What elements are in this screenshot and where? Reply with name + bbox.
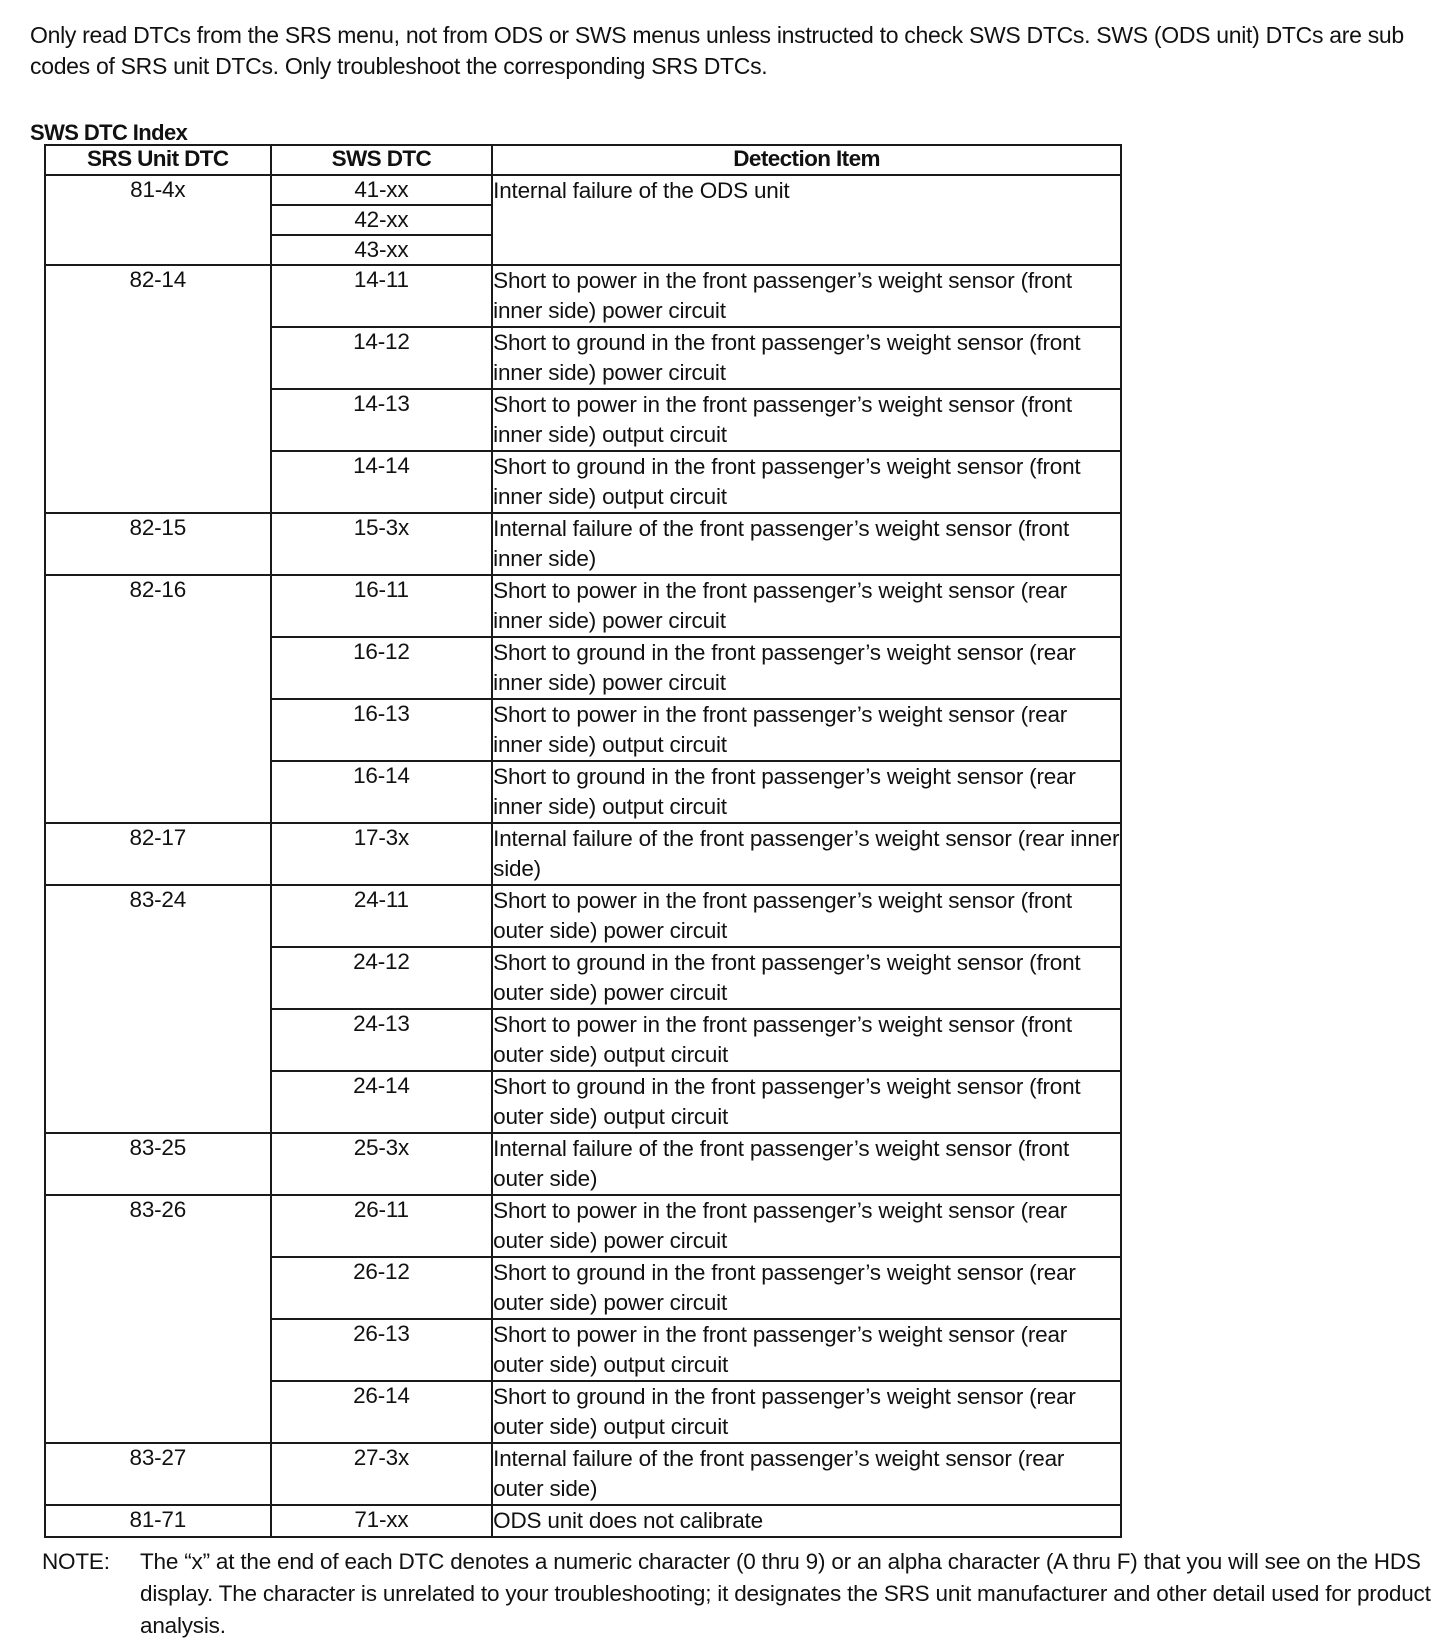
sws-dtc-cell: 15-3x — [271, 513, 493, 575]
srs-unit-dtc-cell: 81-4x — [45, 175, 271, 265]
detection-item-cell: Short to ground in the front passenger’s… — [492, 761, 1121, 823]
srs-unit-dtc-cell: 82-17 — [45, 823, 271, 885]
sws-dtc-cell: 17-3x — [271, 823, 493, 885]
sws-dtc-cell: 14-13 — [271, 389, 493, 451]
table-header-row: SRS Unit DTC SWS DTC Detection Item — [45, 145, 1121, 175]
detection-item-cell: ODS unit does not calibrate — [492, 1505, 1121, 1537]
table-row: 83-2727-3xInternal failure of the front … — [45, 1443, 1121, 1505]
table-row: 82-1717-3xInternal failure of the front … — [45, 823, 1121, 885]
detection-item-cell: Short to ground in the front passenger’s… — [492, 451, 1121, 513]
table-title: SWS DTC Index — [30, 120, 187, 146]
detection-item-cell: Short to ground in the front passenger’s… — [492, 1257, 1121, 1319]
srs-unit-dtc-cell: 83-24 — [45, 885, 271, 1133]
srs-unit-dtc-cell: 81-71 — [45, 1505, 271, 1537]
detection-item-cell: Short to ground in the front passenger’s… — [492, 637, 1121, 699]
header-sws-dtc: SWS DTC — [271, 145, 493, 175]
table-row: 82-1616-11Short to power in the front pa… — [45, 575, 1121, 637]
sws-dtc-cell: 27-3x — [271, 1443, 493, 1505]
detection-item-cell: Internal failure of the ODS unit — [492, 175, 1121, 265]
detection-item-cell: Short to power in the front passenger’s … — [492, 699, 1121, 761]
sws-dtc-cell: 26-11 — [271, 1195, 493, 1257]
srs-unit-dtc-cell: 82-14 — [45, 265, 271, 513]
note-text: The “x” at the end of each DTC denotes a… — [140, 1546, 1442, 1642]
sws-dtc-cell: 16-11 — [271, 575, 493, 637]
srs-unit-dtc-cell: 82-16 — [45, 575, 271, 823]
sws-dtc-cell: 24-12 — [271, 947, 493, 1009]
sws-dtc-cell: 14-14 — [271, 451, 493, 513]
srs-unit-dtc-cell: 83-26 — [45, 1195, 271, 1443]
table-row: 83-2525-3xInternal failure of the front … — [45, 1133, 1121, 1195]
sws-dtc-cell: 14-11 — [271, 265, 493, 327]
sws-dtc-cell: 16-14 — [271, 761, 493, 823]
table-row: 82-1515-3xInternal failure of the front … — [45, 513, 1121, 575]
detection-item-cell: Internal failure of the front passenger’… — [492, 823, 1121, 885]
note-label: NOTE: — [42, 1546, 140, 1642]
table-row: 83-2626-11Short to power in the front pa… — [45, 1195, 1121, 1257]
detection-item-cell: Short to power in the front passenger’s … — [492, 885, 1121, 947]
sws-dtc-cell: 24-13 — [271, 1009, 493, 1071]
srs-unit-dtc-cell: 82-15 — [45, 513, 271, 575]
sws-dtc-cell: 16-12 — [271, 637, 493, 699]
srs-unit-dtc-cell: 83-25 — [45, 1133, 271, 1195]
detection-item-cell: Internal failure of the front passenger’… — [492, 513, 1121, 575]
header-detection-item: Detection Item — [492, 145, 1121, 175]
sws-dtc-cell: 71-xx — [271, 1505, 493, 1537]
sws-dtc-cell: 26-13 — [271, 1319, 493, 1381]
sws-dtc-cell: 24-11 — [271, 885, 493, 947]
detection-item-cell: Short to power in the front passenger’s … — [492, 575, 1121, 637]
sws-dtc-cell: 16-13 — [271, 699, 493, 761]
detection-item-cell: Short to power in the front passenger’s … — [492, 1009, 1121, 1071]
srs-unit-dtc-cell: 83-27 — [45, 1443, 271, 1505]
sws-dtc-cell: 43-xx — [271, 235, 493, 265]
sws-dtc-cell: 26-14 — [271, 1381, 493, 1443]
detection-item-cell: Short to ground in the front passenger’s… — [492, 1381, 1121, 1443]
table-row: 83-2424-11Short to power in the front pa… — [45, 885, 1121, 947]
table-row: 82-1414-11Short to power in the front pa… — [45, 265, 1121, 327]
detection-item-cell: Short to power in the front passenger’s … — [492, 1195, 1121, 1257]
sws-dtc-cell: 25-3x — [271, 1133, 493, 1195]
detection-item-cell: Internal failure of the front passenger’… — [492, 1133, 1121, 1195]
detection-item-cell: Short to ground in the front passenger’s… — [492, 947, 1121, 1009]
detection-item-cell: Short to power in the front passenger’s … — [492, 1319, 1121, 1381]
sws-dtc-cell: 14-12 — [271, 327, 493, 389]
table-row: 81-7171-xxODS unit does not calibrate — [45, 1505, 1121, 1537]
detection-item-cell: Internal failure of the front passenger’… — [492, 1443, 1121, 1505]
detection-item-cell: Short to ground in the front passenger’s… — [492, 1071, 1121, 1133]
sws-dtc-index-table: SRS Unit DTC SWS DTC Detection Item 81-4… — [44, 144, 1122, 1538]
sws-dtc-cell: 42-xx — [271, 205, 493, 235]
sws-dtc-cell: 24-14 — [271, 1071, 493, 1133]
detection-item-cell: Short to ground in the front passenger’s… — [492, 327, 1121, 389]
detection-item-cell: Short to power in the front passenger’s … — [492, 389, 1121, 451]
detection-item-cell: Short to power in the front passenger’s … — [492, 265, 1121, 327]
sws-dtc-cell: 26-12 — [271, 1257, 493, 1319]
table-body: 81-4x41-xxInternal failure of the ODS un… — [45, 175, 1121, 1537]
note: NOTE: The “x” at the end of each DTC den… — [42, 1546, 1442, 1642]
sws-dtc-cell: 41-xx — [271, 175, 493, 205]
header-srs-unit-dtc: SRS Unit DTC — [45, 145, 271, 175]
table-row: 81-4x41-xxInternal failure of the ODS un… — [45, 175, 1121, 205]
intro-paragraph: Only read DTCs from the SRS menu, not fr… — [30, 20, 1430, 82]
